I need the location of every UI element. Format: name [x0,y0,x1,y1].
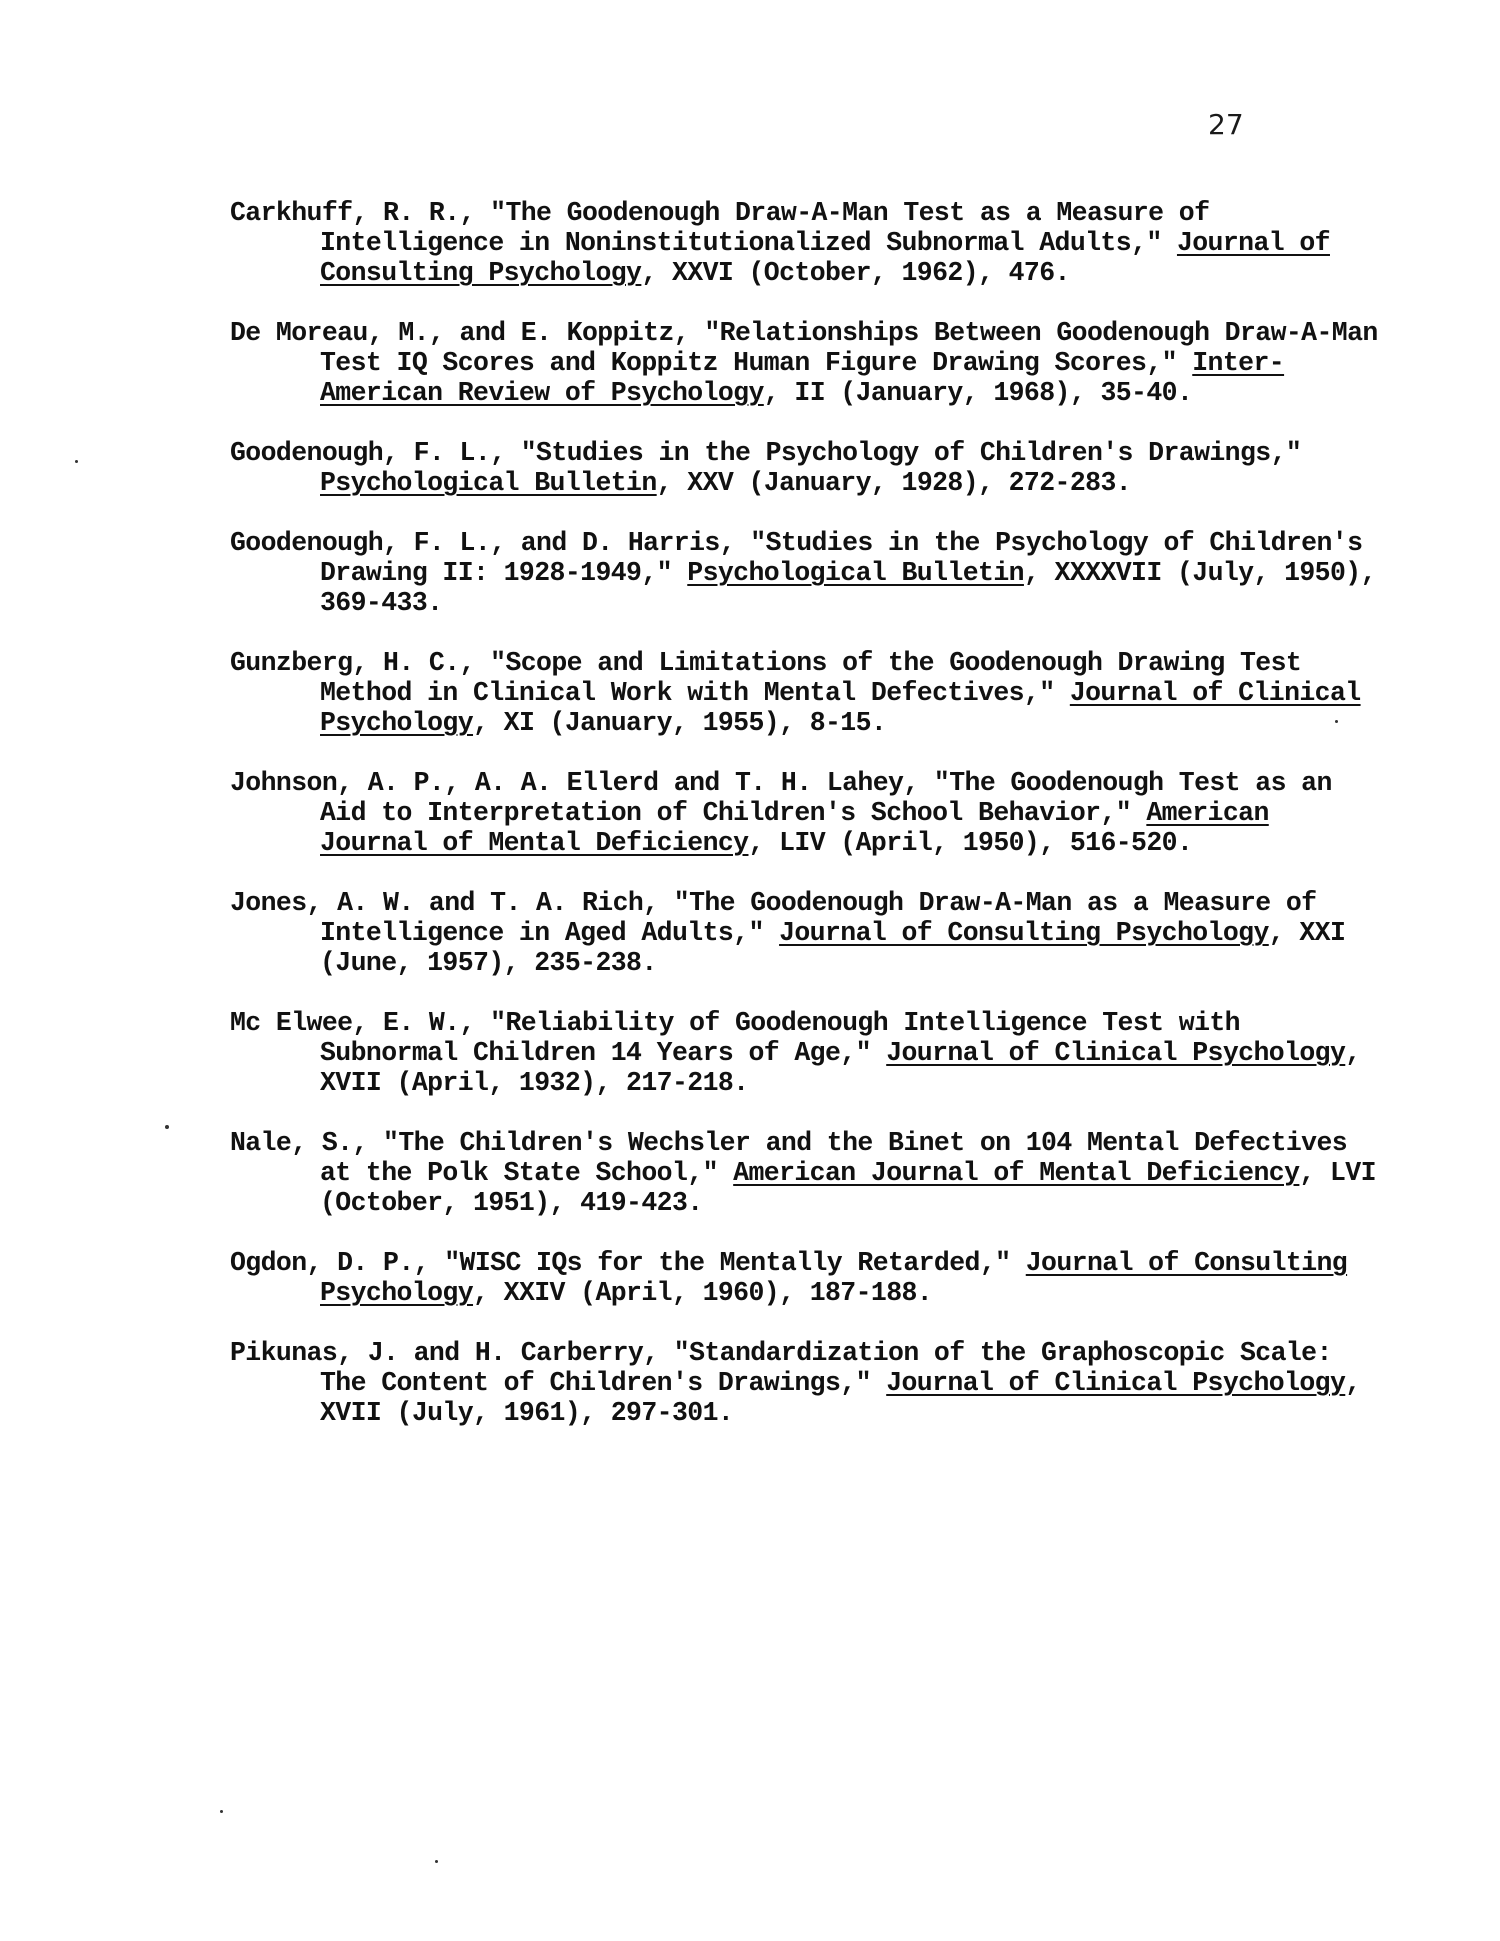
bibliography-entry: Pikunas, J. and H. Carberry, "Standardiz… [230,1338,1380,1428]
page-number: 27 [1208,108,1244,141]
entry-lead: Goodenough, F. L., "Studies in the Psych… [230,438,1301,468]
entry-lead: Ogdon, D. P., "WISC IQs for the Mentally… [230,1248,1026,1278]
bibliography-entry: Jones, A. W. and T. A. Rich, "The Gooden… [230,888,1380,978]
bibliography-entry: Ogdon, D. P., "WISC IQs for the Mentally… [230,1248,1380,1308]
entry-journal: Journal of Clinical Psychology [886,1368,1345,1398]
entry-tail: , XXVI (October, 1962), 476. [641,258,1069,288]
entry-journal: Journal of Consulting Psychology [779,918,1269,948]
scan-speck [435,1860,438,1863]
bibliography-entry: Gunzberg, H. C., "Scope and Limitations … [230,648,1380,738]
entry-journal: Psychological Bulletin [320,468,657,498]
scan-speck [220,1810,223,1813]
entry-lead: Carkhuff, R. R., "The Goodenough Draw-A-… [230,198,1209,258]
bibliography-entry: Johnson, A. P., A. A. Ellerd and T. H. L… [230,768,1380,858]
bibliography-entry: Mc Elwee, E. W., "Reliability of Goodeno… [230,1008,1380,1098]
entry-tail: , XI (January, 1955), 8-15. [473,708,886,738]
entry-journal: Journal of Clinical Psychology [886,1038,1345,1068]
scan-speck [75,460,78,463]
entry-journal: American Journal of Mental Deficiency [733,1158,1299,1188]
entry-tail: , XXIV (April, 1960), 187-188. [473,1278,932,1308]
scan-speck [165,1125,169,1129]
scan-speck [1335,720,1338,723]
entry-journal: Psychological Bulletin [687,558,1024,588]
entry-tail: , XXV (January, 1928), 272-283. [657,468,1131,498]
bibliography-entry: Carkhuff, R. R., "The Goodenough Draw-A-… [230,198,1380,288]
entry-tail: , II (January, 1968), 35-40. [764,378,1192,408]
bibliography-list: Carkhuff, R. R., "The Goodenough Draw-A-… [230,198,1380,1458]
bibliography-entry: Goodenough, F. L., and D. Harris, "Studi… [230,528,1380,618]
bibliography-entry: De Moreau, M., and E. Koppitz, "Relation… [230,318,1380,408]
bibliography-entry: Nale, S., "The Children's Wechsler and t… [230,1128,1380,1218]
bibliography-entry: Goodenough, F. L., "Studies in the Psych… [230,438,1380,498]
entry-tail: , LIV (April, 1950), 516-520. [748,828,1192,858]
